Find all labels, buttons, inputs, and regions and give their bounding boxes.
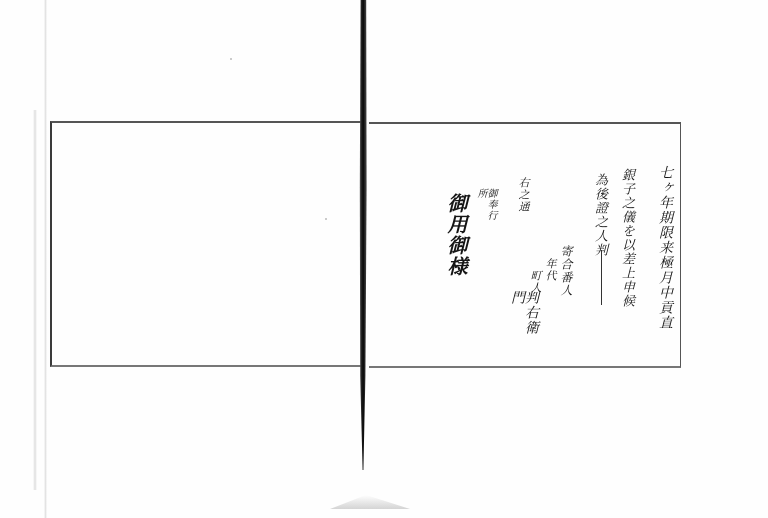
text-column: 為後證之人判 xyxy=(593,173,606,288)
page-edge xyxy=(44,0,47,518)
addressee-column: 御奉行所 xyxy=(475,188,495,223)
brush-stroke xyxy=(601,250,602,305)
text-column: 年代 xyxy=(545,258,556,313)
manuscript-spread: 七ヶ年期限来極月中貢直 銀子之儀を以差上申候 為後證之人判 寄合番人 年代 町人… xyxy=(0,0,768,518)
text-column: 七ヶ年期限来極月中貢直 xyxy=(658,165,672,350)
spine-fold-shadow xyxy=(330,495,410,509)
addressee-column: 御用御様 xyxy=(446,193,466,288)
paper-speck xyxy=(230,58,232,60)
text-column: 右之通 xyxy=(518,177,529,227)
text-column: 寄合番人 xyxy=(560,245,572,320)
signature-column: 判右衛門 xyxy=(510,290,538,340)
left-page-frame xyxy=(50,121,364,367)
paper-speck xyxy=(325,218,327,220)
page-edge xyxy=(33,110,37,490)
book-spine xyxy=(359,0,367,470)
text-column: 銀子之儀を以差上申候 xyxy=(620,168,633,348)
